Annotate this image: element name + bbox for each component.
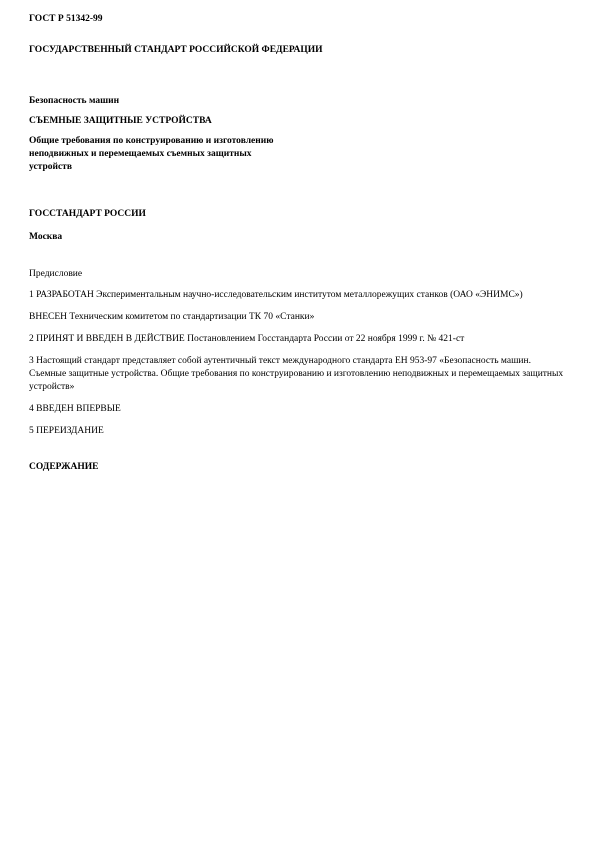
publication-city: Москва <box>29 231 565 244</box>
foreword-item-2: 2 ПРИНЯТ И ВВЕДЕН В ДЕЙСТВИЕ Постановлен… <box>29 333 565 346</box>
document-page: ГОСТ Р 51342-99 ГОСУДАРСТВЕННЫЙ СТАНДАРТ… <box>0 0 595 842</box>
standard-subtitle: Общие требования по конструированию и из… <box>29 135 565 174</box>
foreword-item-1: 1 РАЗРАБОТАН Экспериментальным научно-ис… <box>29 289 565 302</box>
publisher: ГОССТАНДАРТ РОССИИ <box>29 208 565 221</box>
foreword-item-1-vnesen: ВНЕСЕН Техническим комитетом по стандарт… <box>29 311 565 324</box>
foreword-item-3: 3 Настоящий стандарт представляет собой … <box>29 355 565 394</box>
doc-code: ГОСТ Р 51342-99 <box>29 13 565 26</box>
foreword-item-5: 5 ПЕРЕИЗДАНИЕ <box>29 425 565 438</box>
contents-heading: СОДЕРЖАНИЕ <box>29 461 565 474</box>
standard-subtitle-line: Общие требования по конструированию и из… <box>29 135 565 148</box>
document-title-header: ГОСУДАРСТВЕННЫЙ СТАНДАРТ РОССИЙСКОЙ ФЕДЕ… <box>29 44 565 57</box>
standard-title: СЪЕМНЫЕ ЗАЩИТНЫЕ УСТРОЙСТВА <box>29 115 565 128</box>
subject-line: Безопасность машин <box>29 95 565 108</box>
standard-subtitle-line: неподвижных и перемещаемых съемных защит… <box>29 148 565 161</box>
foreword-heading: Предисловие <box>29 268 565 281</box>
standard-subtitle-line: устройств <box>29 161 565 174</box>
foreword-item-4: 4 ВВЕДЕН ВПЕРВЫЕ <box>29 403 565 416</box>
